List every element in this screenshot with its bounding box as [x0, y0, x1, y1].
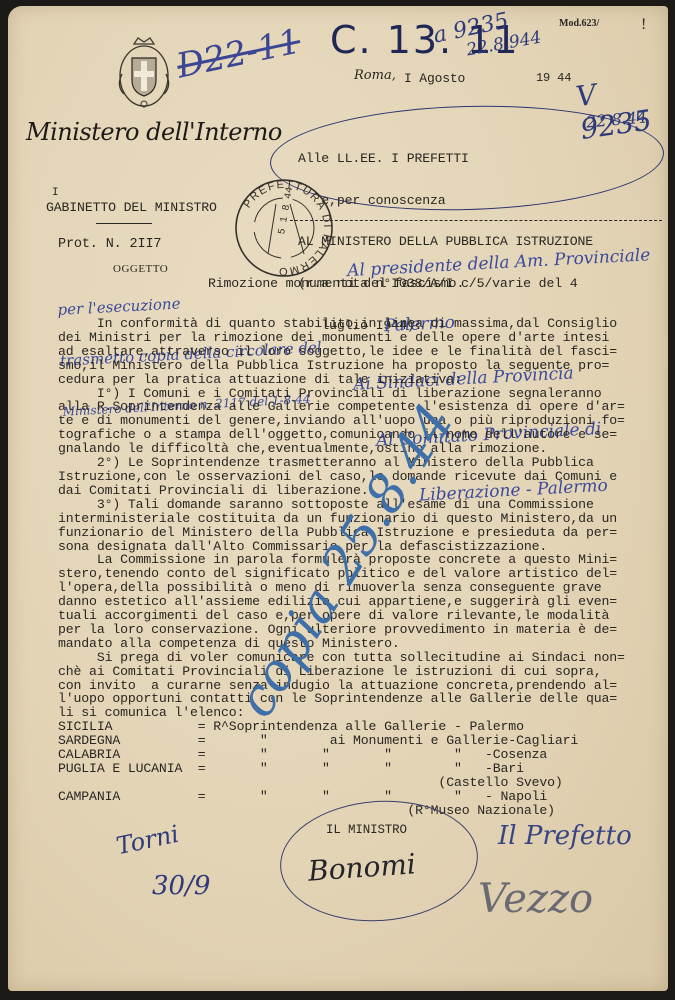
- corner-mark: !: [641, 16, 646, 34]
- body-line: con invito a curarne senza indugio la at…: [58, 679, 625, 693]
- svg-text:5 1 8 44: 5 1 8 44: [277, 186, 296, 235]
- body-line: Istruzione,con le osservazioni del caso,…: [58, 470, 625, 484]
- office-prefix: I: [52, 187, 58, 201]
- body-line: l'uopo opportuni contatti con le Soprint…: [58, 692, 625, 706]
- body-line: SICILIA = R^Soprintendenza alle Gallerie…: [58, 720, 625, 734]
- body-line: dei Ministri per la rimozione dei monume…: [58, 331, 625, 345]
- addressee-line: Alle LL.EE. I PREFETTI: [298, 152, 593, 166]
- date-day-month: I Agosto: [404, 72, 465, 86]
- addressee-line: e,per conoscenza: [298, 194, 593, 208]
- body-line: gnalando le difficoltà che,eventualmente…: [58, 442, 625, 456]
- body-line: CALABRIA = " " " " -Cosenza: [58, 748, 625, 762]
- body-line: per la loro conservazione. Ogni ulterior…: [58, 623, 625, 637]
- handwritten-left-note: Torni: [114, 820, 182, 861]
- handwritten-file-code: D22-11: [173, 21, 304, 86]
- date-year: 19 44: [536, 72, 571, 86]
- divider: [96, 223, 152, 224]
- body-line: li si comunica l'elenco:: [58, 706, 625, 720]
- body-line: SARDEGNA = " ai Monumenti e Gallerie-Cag…: [58, 734, 625, 748]
- body-line: tografiche o a stampa dell'oggetto,comun…: [58, 428, 625, 442]
- body-line: alla R.Soprintendenza alle Gallerie comp…: [58, 400, 625, 414]
- body-line: mandato alla competenza di questo Minist…: [58, 637, 625, 651]
- handwritten-left-date: 30/9: [152, 871, 210, 901]
- body-line: PUGLIA E LUCANIA = " " " " -Bari: [58, 762, 625, 776]
- savoy-coat-of-arms-icon: [112, 34, 176, 112]
- body-line: CAMPANIA = " " " " - Napoli: [58, 790, 625, 804]
- office-name: GABINETTO DEL MINISTRO: [46, 201, 217, 215]
- subject-note-line: per l'esecuzione: [57, 288, 319, 319]
- handwritten-prefect-note: Il Prefetto: [498, 821, 632, 851]
- body-line: In conformità di quanto stabilito,in lin…: [58, 317, 625, 331]
- document-page: Ministero dell'Interno Mod.623/ ! Roma, …: [8, 6, 668, 991]
- body-line: chè ai Comitati Provinciali di Liberazio…: [58, 665, 625, 679]
- body-line: Si prega di voler comunicare con tutta s…: [58, 651, 625, 665]
- ministry-letterhead: Ministero dell'Interno: [26, 118, 282, 146]
- place-label: Roma,: [354, 68, 396, 83]
- form-code: Mod.623/: [559, 18, 599, 29]
- body-line: I°) I Comuni e i Comitati Provinciali di…: [58, 387, 625, 401]
- signatory-title: IL MINISTRO: [326, 824, 407, 838]
- protocol-number: Prot. N. 2II7: [58, 238, 161, 252]
- body-line: te e di monumenti del genere,inviando al…: [58, 414, 625, 428]
- body-line: cedura per la pratica attuazione di tale…: [58, 373, 625, 387]
- body-line: ad esaltare,attraverso il loro soggetto,…: [58, 345, 625, 359]
- body-line: (Castello Svevo): [58, 776, 625, 790]
- body-line: 2°) Le Soprintendenze trasmetteranno al …: [58, 456, 625, 470]
- body-line: dai Comitati Provinciali di liberazione.: [58, 484, 625, 498]
- body-line: smo,il Ministero della Pubblica Istruzio…: [58, 359, 625, 373]
- prefect-signature: Vezzo: [478, 876, 593, 922]
